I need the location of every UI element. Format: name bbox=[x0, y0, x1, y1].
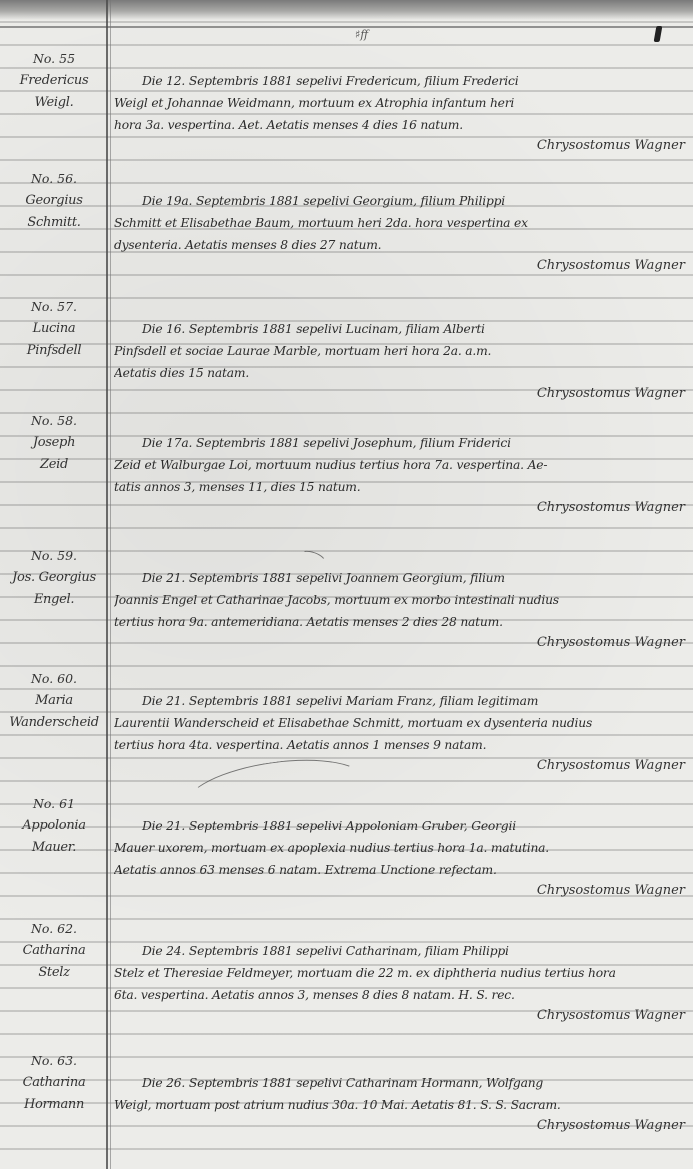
register-entry: No. 55FredericusWeigl.Die 12. Septembris… bbox=[0, 48, 693, 168]
entry-text: Die 21. Septembris 1881 sepelivi Appolon… bbox=[114, 815, 688, 881]
entry-text: Die 26. Septembris 1881 sepelivi Cathari… bbox=[114, 1072, 688, 1116]
priest-signature: Chrysostomus Wagner bbox=[537, 758, 685, 773]
deceased-name: Wanderscheid bbox=[4, 712, 104, 734]
register-page: ♯ff No. 55FredericusWeigl.Die 12. Septem… bbox=[0, 0, 693, 1169]
entry-margin: No. 60.MariaWanderscheid bbox=[4, 668, 104, 734]
deceased-name: Lucina bbox=[4, 318, 104, 340]
entry-number: No. 55 bbox=[4, 48, 104, 70]
entry-number: No. 58. bbox=[4, 410, 104, 432]
register-entry: No. 59.Jos. GeorgiusEngel.Die 21. Septem… bbox=[0, 545, 693, 665]
entry-line: Die 19a. Septembris 1881 sepelivi Georgi… bbox=[114, 190, 688, 212]
entry-line: Pinfsdell et sociae Laurae Marble, mortu… bbox=[114, 340, 688, 362]
entry-line: Stelz et Theresiae Feldmeyer, mortuam di… bbox=[114, 962, 688, 984]
entry-line: Die 26. Septembris 1881 sepelivi Cathari… bbox=[114, 1072, 688, 1094]
entry-text: Die 12. Septembris 1881 sepelivi Frederi… bbox=[114, 70, 688, 136]
entry-line: 6ta. vespertina. Aetatis annos 3, menses… bbox=[114, 984, 688, 1006]
entry-margin: No. 59.Jos. GeorgiusEngel. bbox=[4, 545, 104, 611]
entry-line: tertius hora 4ta. vespertina. Aetatis an… bbox=[114, 734, 688, 756]
deceased-name: Weigl. bbox=[4, 92, 104, 114]
register-entry: No. 56.GeorgiusSchmitt.Die 19a. Septembr… bbox=[0, 168, 693, 288]
entry-line: Die 12. Septembris 1881 sepelivi Frederi… bbox=[114, 70, 688, 92]
entry-line: Zeid et Walburgae Loi, mortuum nudius te… bbox=[114, 454, 688, 476]
entry-number: No. 62. bbox=[4, 918, 104, 940]
top-rule bbox=[0, 26, 693, 28]
entry-line: Laurentii Wanderscheid et Elisabethae Sc… bbox=[114, 712, 688, 734]
priest-signature: Chrysostomus Wagner bbox=[537, 883, 685, 898]
entry-line: Aetatis dies 15 natam. bbox=[114, 362, 688, 384]
scan-top-shadow bbox=[0, 0, 693, 20]
entry-line: Die 16. Septembris 1881 sepelivi Lucinam… bbox=[114, 318, 688, 340]
priest-signature: Chrysostomus Wagner bbox=[537, 386, 685, 401]
priest-signature: Chrysostomus Wagner bbox=[537, 500, 685, 515]
entry-margin: No. 62.CatharinaStelz bbox=[4, 918, 104, 984]
entry-margin: No. 55FredericusWeigl. bbox=[4, 48, 104, 114]
entry-margin: No. 57.LucinaPinfsdell bbox=[4, 296, 104, 362]
entry-line: Mauer uxorem, mortuam ex apoplexia nudiu… bbox=[114, 837, 688, 859]
entry-number: No. 59. bbox=[4, 545, 104, 567]
deceased-name: Mauer. bbox=[4, 837, 104, 859]
deceased-name: Fredericus bbox=[4, 70, 104, 92]
deceased-name: Hormann bbox=[4, 1094, 104, 1116]
page-mark: ♯ff bbox=[355, 28, 368, 41]
entry-line: Die 17a. Septembris 1881 sepelivi Joseph… bbox=[114, 432, 688, 454]
entry-margin: No. 58.JosephZeid bbox=[4, 410, 104, 476]
deceased-name: Joseph bbox=[4, 432, 104, 454]
entry-text: Die 24. Septembris 1881 sepelivi Cathari… bbox=[114, 940, 688, 1006]
entry-line: tertius hora 9a. antemeridiana. Aetatis … bbox=[114, 611, 688, 633]
entry-number: No. 63. bbox=[4, 1050, 104, 1072]
register-entry: No. 61AppoloniaMauer.Die 21. Septembris … bbox=[0, 793, 693, 913]
entry-margin: No. 56.GeorgiusSchmitt. bbox=[4, 168, 104, 234]
entry-line: Aetatis annos 63 menses 6 natam. Extrema… bbox=[114, 859, 688, 881]
deceased-name: Stelz bbox=[4, 962, 104, 984]
entry-line: hora 3a. vespertina. Aet. Aetatis menses… bbox=[114, 114, 688, 136]
deceased-name: Schmitt. bbox=[4, 212, 104, 234]
deceased-name: Maria bbox=[4, 690, 104, 712]
entry-number: No. 60. bbox=[4, 668, 104, 690]
deceased-name: Appolonia bbox=[4, 815, 104, 837]
deceased-name: Pinfsdell bbox=[4, 340, 104, 362]
deceased-name: Catharina bbox=[4, 1072, 104, 1094]
entry-text: Die 16. Septembris 1881 sepelivi Lucinam… bbox=[114, 318, 688, 384]
entry-line: Schmitt et Elisabethae Baum, mortuum her… bbox=[114, 212, 688, 234]
deceased-name: Zeid bbox=[4, 454, 104, 476]
deceased-name: Engel. bbox=[4, 589, 104, 611]
entry-number: No. 61 bbox=[4, 793, 104, 815]
entry-line: Weigl, mortuam post atrium nudius 30a. 1… bbox=[114, 1094, 688, 1116]
entry-text: Die 21. Septembris 1881 sepelivi Joannem… bbox=[114, 567, 688, 633]
priest-signature: Chrysostomus Wagner bbox=[537, 635, 685, 650]
entry-line: Die 24. Septembris 1881 sepelivi Cathari… bbox=[114, 940, 688, 962]
register-entry: No. 57.LucinaPinfsdellDie 16. Septembris… bbox=[0, 296, 693, 416]
priest-signature: Chrysostomus Wagner bbox=[537, 1118, 685, 1133]
entry-text: Die 17a. Septembris 1881 sepelivi Joseph… bbox=[114, 432, 688, 498]
entry-line: Die 21. Septembris 1881 sepelivi Mariam … bbox=[114, 690, 688, 712]
entry-line: tatis annos 3, menses 11, dies 15 natum. bbox=[114, 476, 688, 498]
register-entry: No. 62.CatharinaStelzDie 24. Septembris … bbox=[0, 918, 693, 1038]
ink-blot bbox=[654, 26, 663, 42]
deceased-name: Georgius bbox=[4, 190, 104, 212]
priest-signature: Chrysostomus Wagner bbox=[537, 258, 685, 273]
priest-signature: Chrysostomus Wagner bbox=[537, 138, 685, 153]
entry-line: dysenteria. Aetatis menses 8 dies 27 nat… bbox=[114, 234, 688, 256]
deceased-name: Jos. Georgius bbox=[4, 567, 104, 589]
deceased-name: Catharina bbox=[4, 940, 104, 962]
entry-text: Die 19a. Septembris 1881 sepelivi Georgi… bbox=[114, 190, 688, 256]
entry-line: Weigl et Johannae Weidmann, mortuum ex A… bbox=[114, 92, 688, 114]
entry-number: No. 57. bbox=[4, 296, 104, 318]
entry-line: Die 21. Septembris 1881 sepelivi Joannem… bbox=[114, 567, 688, 589]
entry-text: Die 21. Septembris 1881 sepelivi Mariam … bbox=[114, 690, 688, 756]
entry-line: Joannis Engel et Catharinae Jacobs, mort… bbox=[114, 589, 688, 611]
entry-margin: No. 63.CatharinaHormann bbox=[4, 1050, 104, 1116]
priest-signature: Chrysostomus Wagner bbox=[537, 1008, 685, 1023]
entry-margin: No. 61AppoloniaMauer. bbox=[4, 793, 104, 859]
register-entry: No. 58.JosephZeidDie 17a. Septembris 188… bbox=[0, 410, 693, 530]
entry-number: No. 56. bbox=[4, 168, 104, 190]
register-entry: No. 63.CatharinaHormannDie 26. Septembri… bbox=[0, 1050, 693, 1169]
